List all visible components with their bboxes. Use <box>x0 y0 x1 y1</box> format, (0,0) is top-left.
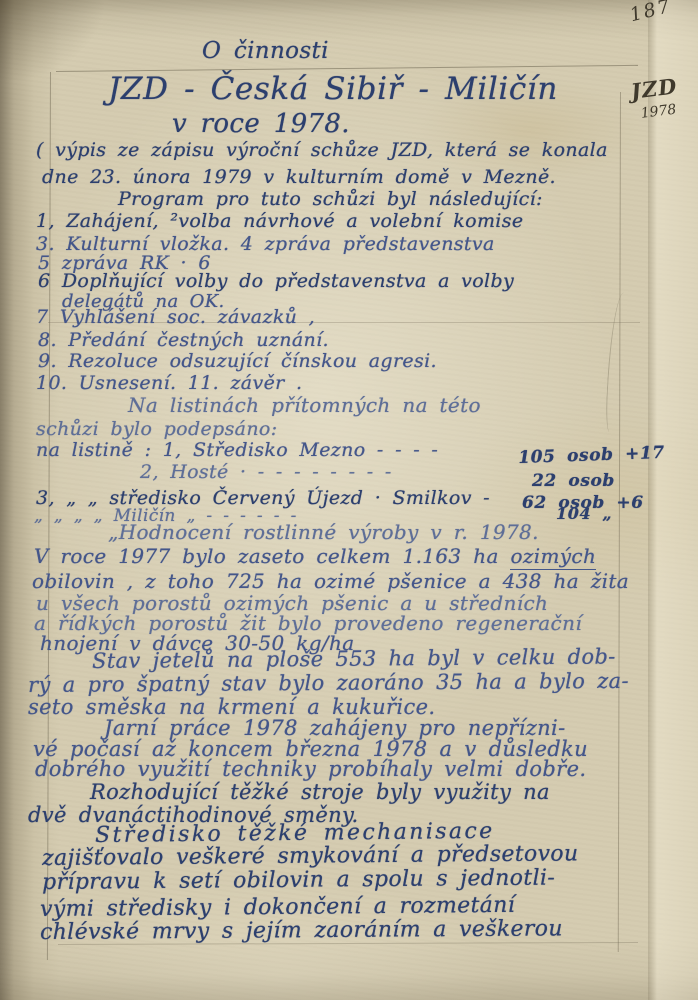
manuscript-line: Na listinách přítomných na této <box>128 395 481 415</box>
manuscript-line: 7 Vyhlášení soc. závazků , <box>36 308 315 327</box>
section-heading: „Hodnocení rostlinné výroby v r. 1978. <box>108 522 539 542</box>
margin-note-jzd: JZD <box>629 73 678 103</box>
manuscript-line: seto směska na krmení a kukuřice. <box>28 697 435 718</box>
manuscript-line: rý a pro špatný stav bylo zaoráno 35 ha … <box>28 671 629 696</box>
manuscript-line: Stav jetelů na ploše 553 ha byl v celku … <box>92 646 616 672</box>
manuscript-line: 10. Usnesení. 11. závěr . <box>36 374 302 393</box>
manuscript-page: 187 JZD 1978 O činnosti JZD - Česká Sibi… <box>0 0 698 1000</box>
title-line-1: O činnosti <box>202 40 329 63</box>
manuscript-line: Rozhodující těžké stroje byly využity na <box>90 782 550 803</box>
manuscript-line: a řídkých porostů žit bylo provedeno reg… <box>34 613 582 633</box>
page-edge-shading <box>648 0 698 1000</box>
line-text: V roce 1977 bylo zaseto celkem 1.163 ha <box>34 544 510 568</box>
pencil-rule-right <box>618 92 621 952</box>
title-line-2: JZD - Česká Sibiř - Miličín <box>108 74 558 105</box>
manuscript-line: obilovin , z toho 725 ha ozimé pšenice a… <box>32 571 629 591</box>
manuscript-line: schůzi bylo podepsáno: <box>36 420 277 439</box>
manuscript-line: 9. Rezoluce odsuzující čínskou agresi. <box>38 352 437 371</box>
manuscript-line: dne 23. února 1979 v kulturním domě v Me… <box>42 168 556 187</box>
attendance-count: 22 osob <box>532 473 615 490</box>
manuscript-line: chlévské mrvy s jejím zaoráním a veškero… <box>40 918 563 944</box>
underlined-word: ozimých <box>510 544 596 570</box>
manuscript-line: u všech porostů ozimých pšenic a u střed… <box>36 593 548 613</box>
manuscript-line: 2, Hosté · - - - - - - - - <box>140 463 392 482</box>
manuscript-line: ( výpis ze zápisu výroční schůze JZD, kt… <box>36 141 608 160</box>
manuscript-line: přípravu k setí obilovin a spolu s jedno… <box>42 868 555 894</box>
pencil-stroke-mark <box>605 292 629 433</box>
manuscript-line: 8. Předání čestných uznání. <box>38 331 329 350</box>
manuscript-line: Jarní práce 1978 zahájeny pro nepřízni- <box>104 718 566 739</box>
manuscript-line: Program pro tuto schůzi byl následující: <box>118 190 543 209</box>
title-line-3: v roce 1978. <box>172 111 350 137</box>
manuscript-line: dobrého využití techniky probíhaly velmi… <box>35 759 586 780</box>
attendance-count: 105 osob +17 <box>518 445 665 467</box>
manuscript-line: V roce 1977 bylo zaseto celkem 1.163 ha … <box>34 546 596 566</box>
manuscript-line: na listině : 1, Středisko Mezno - - - - <box>36 441 438 460</box>
manuscript-line: 1, Zahájení, ²volba návrhové a volební k… <box>36 212 523 231</box>
manuscript-line: 6 Doplňující volby do představenstva a v… <box>38 272 514 291</box>
attendance-count: 104 „ <box>556 506 612 522</box>
page-number: 187 <box>628 0 674 25</box>
margin-note-year: 1978 <box>640 101 681 122</box>
margin-note: JZD 1978 <box>629 73 681 122</box>
